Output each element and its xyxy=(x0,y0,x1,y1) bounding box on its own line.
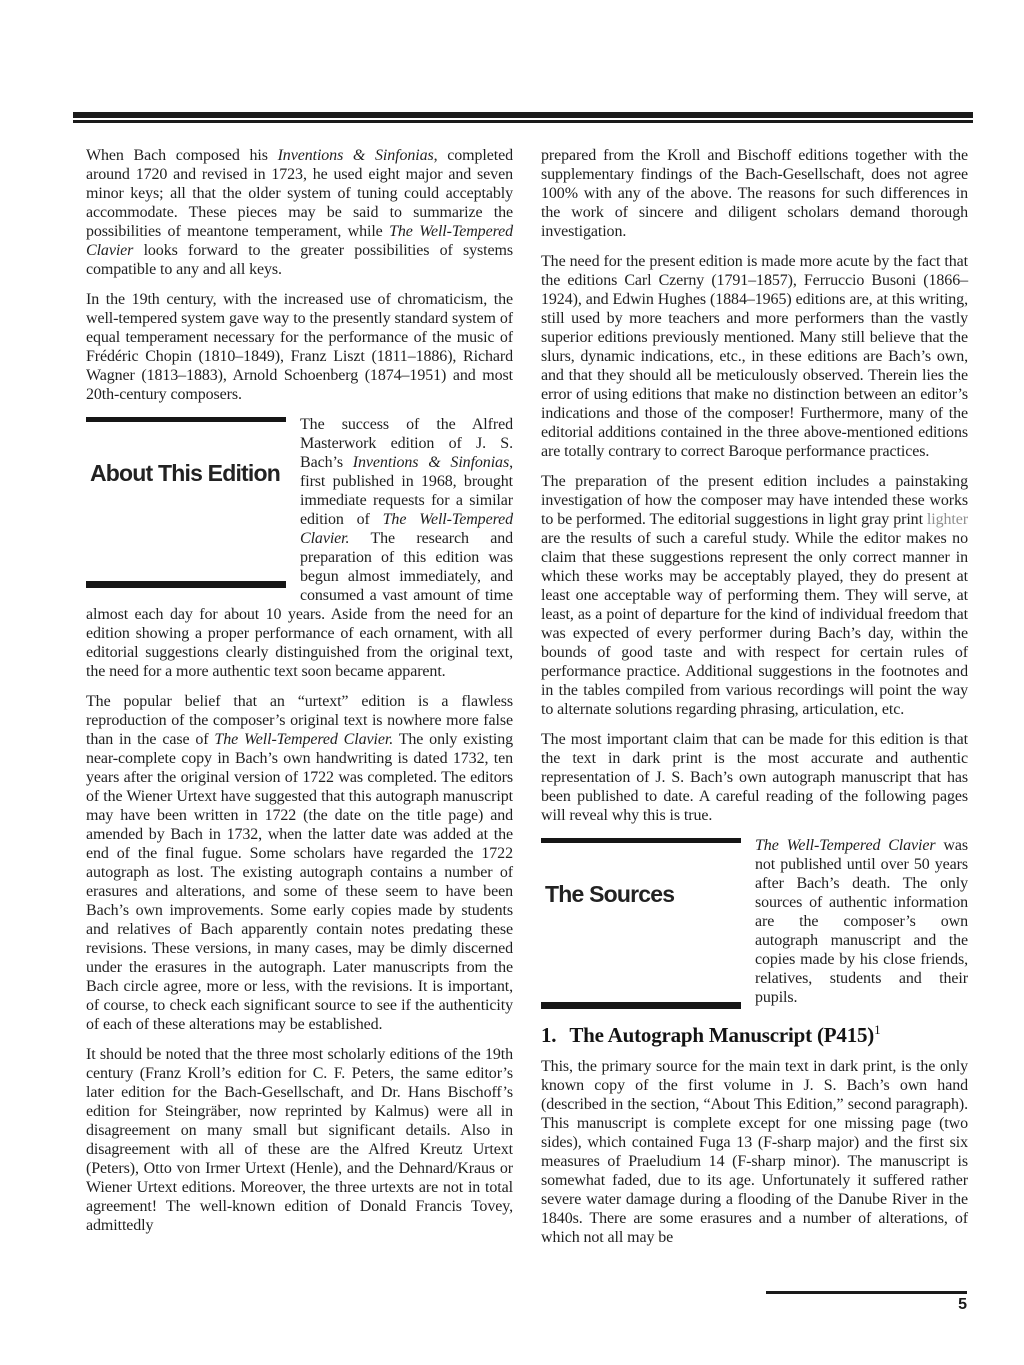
paragraph: This, the primary source for the main te… xyxy=(541,1057,968,1247)
paragraph: When Bach composed his Inventions & Sinf… xyxy=(86,146,513,279)
paragraph-text: The Well-Tempered Clavier was not publis… xyxy=(755,837,968,1006)
document-page: When Bach composed his Inventions & Sinf… xyxy=(0,0,1024,1365)
paragraph: In the 19th century, with the increased … xyxy=(86,290,513,404)
left-column: When Bach composed his Inventions & Sinf… xyxy=(86,146,513,1258)
page-number: 5 xyxy=(767,1296,967,1314)
paragraph: It should be noted that the three most s… xyxy=(86,1045,513,1235)
paragraph: prepared from the Kroll and Bischoff edi… xyxy=(541,146,968,241)
subsection-heading-autograph-manuscript: 1.The Autograph Manuscript (P415)1 xyxy=(541,1023,968,1047)
paragraph: The popular belief that an “urtext” edit… xyxy=(86,692,513,1034)
paragraph-with-sources-heading: The Sources The Well-Tempered Clavier wa… xyxy=(541,836,968,1007)
paragraph-with-about-heading: About This Edition The success of the Al… xyxy=(86,415,513,681)
the-sources-heading-box: The Sources xyxy=(541,838,741,1009)
section-heading-sources: The Sources xyxy=(541,843,741,904)
subsection-number: 1. xyxy=(541,1023,556,1047)
footnote-marker: 1 xyxy=(874,1022,880,1037)
paragraph: The need for the present edition is made… xyxy=(541,252,968,461)
about-this-edition-heading-box: About This Edition xyxy=(86,417,286,588)
top-double-rule xyxy=(73,112,973,123)
paragraph: The most important claim that can be mad… xyxy=(541,730,968,825)
paragraph: The preparation of the present edition i… xyxy=(541,472,968,719)
section-heading-about: About This Edition xyxy=(86,422,286,483)
right-column: prepared from the Kroll and Bischoff edi… xyxy=(541,146,968,1258)
subsection-title: The Autograph Manuscript (P415) xyxy=(569,1023,874,1047)
top-rule-thin-bar xyxy=(73,120,973,123)
top-rule-thick-bar xyxy=(73,112,973,118)
footer-rule xyxy=(766,1291,967,1294)
two-column-text-area: When Bach composed his Inventions & Sinf… xyxy=(86,146,968,1258)
